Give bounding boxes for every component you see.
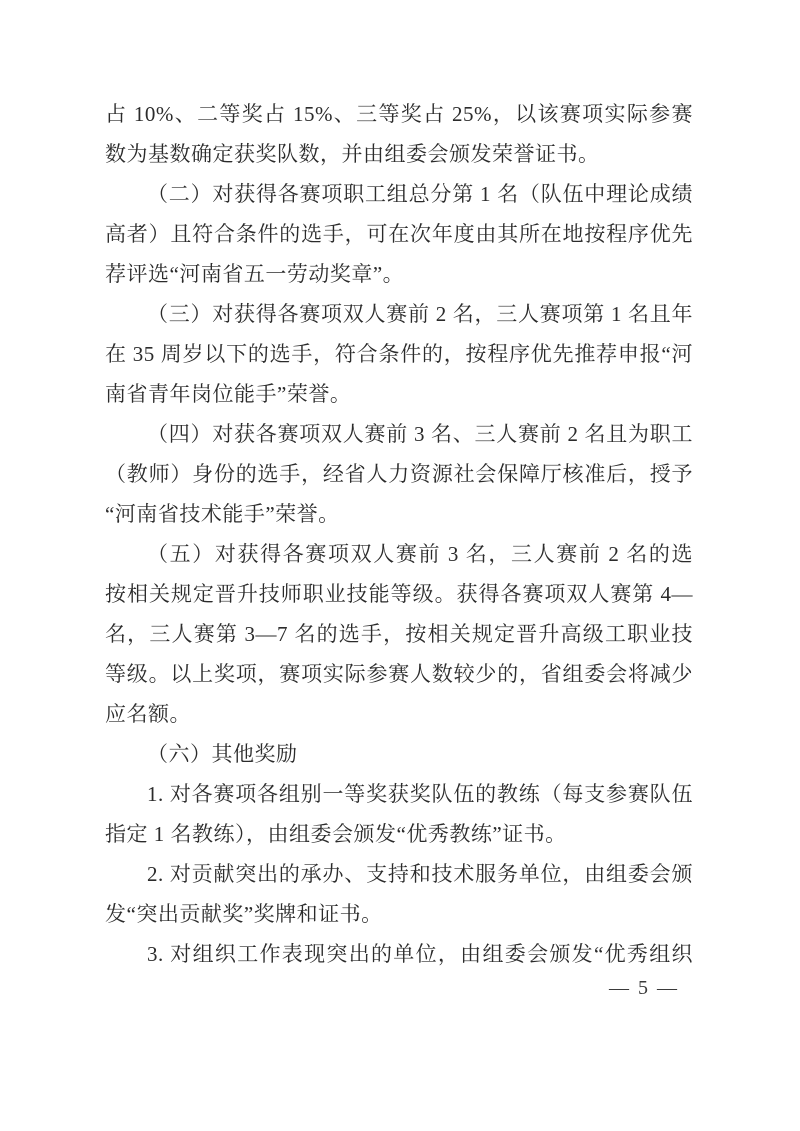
document-page: 占 10%、二等奖占 15%、三等奖占 25%，以该赛项实际参赛队数为基数确定获… bbox=[0, 0, 800, 1131]
text-line: 高者）且符合条件的选手，可在次年度由其所在地按程序优先推 bbox=[105, 214, 693, 254]
text-line: 1. 对各赛项各组别一等奖获奖队伍的教练（每支参赛队伍 bbox=[105, 774, 693, 814]
text-line: 2. 对贡献突出的承办、支持和技术服务单位，由组委会颁 bbox=[105, 854, 693, 894]
text-line: 3. 对组织工作表现突出的单位，由组委会颁发“优秀组织 bbox=[105, 934, 693, 974]
text-line: 数为基数确定获奖队数，并由组委会颁发荣誉证书。 bbox=[105, 134, 693, 174]
document-body: 占 10%、二等奖占 15%、三等奖占 25%，以该赛项实际参赛队数为基数确定获… bbox=[105, 94, 693, 974]
text-line: 名，三人赛第 3—7 名的选手，按相关规定晋升高级工职业技能 bbox=[105, 614, 693, 654]
text-line: 按相关规定晋升技师职业技能等级。获得各赛项双人赛第 4—10 bbox=[105, 574, 693, 614]
text-line: 发“突出贡献奖”奖牌和证书。 bbox=[105, 894, 693, 934]
text-line: （六）其他奖励 bbox=[105, 734, 693, 774]
text-line: 荐评选“河南省五一劳动奖章”。 bbox=[105, 254, 693, 294]
text-line: “河南省技术能手”荣誉。 bbox=[105, 494, 693, 534]
text-line: （五）对获得各赛项双人赛前 3 名，三人赛前 2 名的选手， bbox=[105, 534, 693, 574]
page-number: — 5 — bbox=[609, 976, 679, 1000]
text-line: 指定 1 名教练），由组委会颁发“优秀教练”证书。 bbox=[105, 814, 693, 854]
text-line: （教师）身份的选手，经省人力资源社会保障厅核准后，授予 bbox=[105, 454, 693, 494]
text-line: （三）对获得各赛项双人赛前 2 名，三人赛项第 1 名且年龄 bbox=[105, 294, 693, 334]
text-line: （四）对获各赛项双人赛前 3 名、三人赛前 2 名且为职工 bbox=[105, 414, 693, 454]
text-line: 南省青年岗位能手”荣誉。 bbox=[105, 374, 693, 414]
text-line: 等级。以上奖项，赛项实际参赛人数较少的，省组委会将减少相 bbox=[105, 654, 693, 694]
text-line: 在 35 周岁以下的选手，符合条件的，按程序优先推荐申报“河 bbox=[105, 334, 693, 374]
text-line: 占 10%、二等奖占 15%、三等奖占 25%，以该赛项实际参赛队 bbox=[105, 94, 693, 134]
text-line: 应名额。 bbox=[105, 694, 693, 734]
text-line: （二）对获得各赛项职工组总分第 1 名（队伍中理论成绩最 bbox=[105, 174, 693, 214]
